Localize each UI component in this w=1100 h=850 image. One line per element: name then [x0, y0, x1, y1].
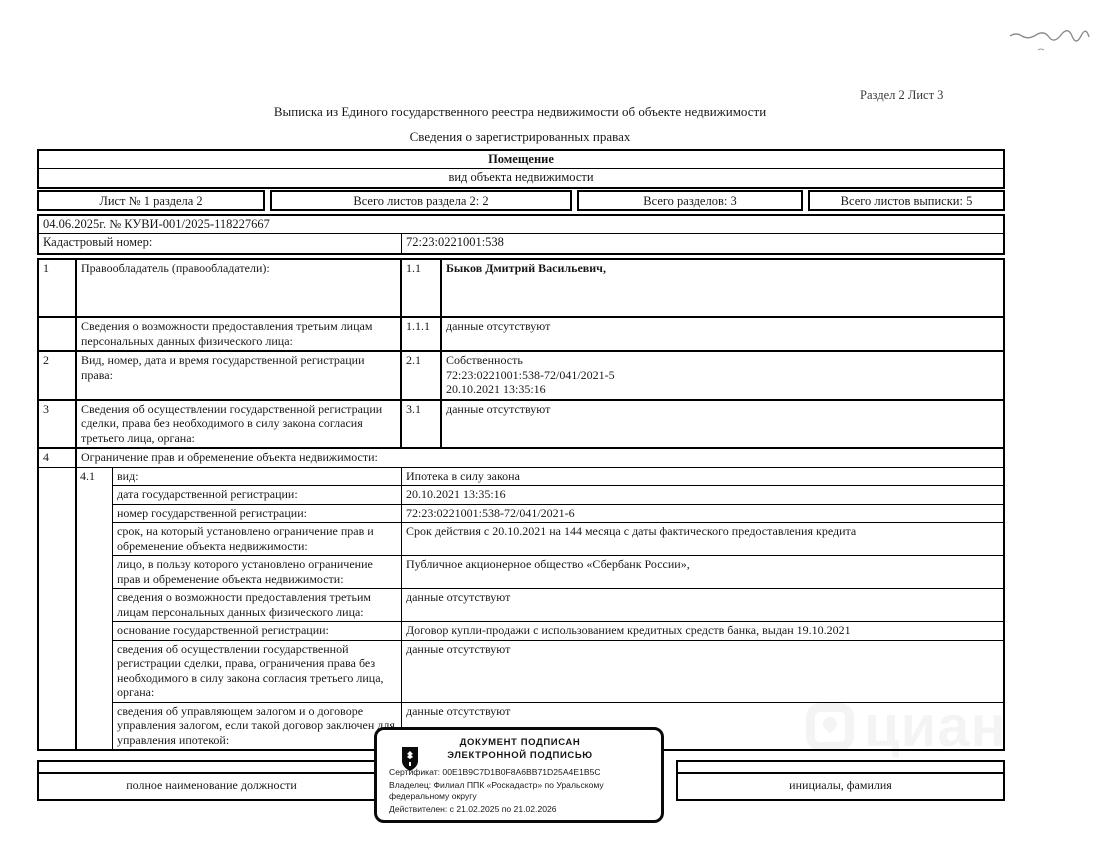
- row-number-spacer: [39, 468, 77, 750]
- row-number: 2: [39, 352, 77, 399]
- row-number: 1: [39, 260, 77, 316]
- signature-name-block: инициалы, фамилия: [676, 760, 1005, 801]
- row-label: Вид, номер, дата и время государственной…: [77, 352, 402, 399]
- registration-basis-value: Договор купли-продажи с использованием к…: [402, 622, 1003, 640]
- row-label: вид:: [113, 468, 402, 486]
- coat-of-arms-icon: [401, 746, 419, 777]
- row-label: номер государственной регистрации:: [113, 505, 402, 523]
- registration-details-value: Собственность 72:23:0221001:538-72/041/2…: [442, 352, 1003, 399]
- extract-sheets-total-cell: Всего листов выписки: 5: [808, 190, 1005, 211]
- stamp-certificate: Сертификат: 00E1B9C7D1B0F8A6BB71D25A4E1B…: [389, 767, 651, 779]
- stamp-title-line2: ЭЛЕКТРОННОЙ ПОДПИСЬЮ: [389, 749, 651, 762]
- row-number: [39, 318, 77, 350]
- row-label: сведения о возможности предоставления тр…: [113, 589, 402, 621]
- table-row: номер государственной регистрации: 72:23…: [113, 505, 1003, 524]
- row-value: Срок действия с 20.10.2021 на 144 месяца…: [402, 523, 1003, 555]
- row-subnumber: 3.1: [402, 401, 442, 448]
- restrictions-section-header: 4 Ограничение прав и обременение объекта…: [39, 449, 1003, 468]
- stamp-title-line1: ДОКУМЕНТ ПОДПИСАН: [389, 736, 651, 749]
- row-label: сведения об осуществлении государственно…: [113, 641, 402, 702]
- section-sheets-total-cell: Всего листов раздела 2: 2: [270, 190, 572, 211]
- digital-signature-stamp: ДОКУМЕНТ ПОДПИСАН ЭЛЕКТРОННОЙ ПОДПИСЬЮ С…: [374, 727, 664, 823]
- mortgagee-value: Публичное акционерное общество «Сбербанк…: [402, 556, 1003, 588]
- restrictions-section-body: 4.1 вид: Ипотека в силу закона дата госу…: [39, 468, 1003, 750]
- signature-line: [678, 762, 1003, 774]
- table-row: 3 Сведения об осуществлении государствен…: [39, 401, 1003, 450]
- object-type-value: Помещение: [39, 151, 1003, 169]
- document-number-table: 04.06.2025г. № КУВИ-001/2025-118227667 К…: [37, 214, 1005, 255]
- row-label: лицо, в пользу которого установлено огра…: [113, 556, 402, 588]
- section-sheet-note: Раздел 2 Лист 3: [860, 88, 943, 103]
- stamp-owner: Владелец: Филиал ППК «Роскадастр» по Ура…: [389, 780, 651, 803]
- pen-scribble-mark: [1008, 28, 1100, 63]
- row-number: 4: [39, 449, 77, 467]
- sheet-number-cell: Лист № 1 раздела 2: [37, 190, 265, 211]
- row-label: дата государственной регистрации:: [113, 486, 402, 504]
- row-value: 20.10.2021 13:35:16: [402, 486, 1003, 504]
- table-row: сведения о возможности предоставления тр…: [113, 589, 1003, 622]
- name-caption: инициалы, фамилия: [678, 774, 1003, 796]
- table-row: 2 Вид, номер, дата и время государственн…: [39, 352, 1003, 401]
- cadastral-number-row: Кадастровый номер: 72:23:0221001:538: [39, 234, 1003, 253]
- document-title: Выписка из Единого государственного реес…: [0, 104, 1040, 120]
- table-row: дата государственной регистрации: 20.10.…: [113, 486, 1003, 505]
- restriction-rows: вид: Ипотека в силу закона дата государс…: [113, 468, 1003, 750]
- row-label: Сведения об осуществлении государственно…: [77, 401, 402, 448]
- cadastral-number-label: Кадастровый номер:: [39, 234, 402, 253]
- rights-holder-value: Быков Дмитрий Васильевич,: [442, 260, 1003, 316]
- table-row: основание государственной регистрации: Д…: [113, 622, 1003, 641]
- table-row: вид: Ипотека в силу закона: [113, 468, 1003, 487]
- registered-rights-table: 1 Правообладатель (правообладатели): 1.1…: [37, 258, 1005, 751]
- table-row: лицо, в пользу которого установлено огра…: [113, 556, 1003, 589]
- position-caption: полное наименование должности: [39, 774, 384, 796]
- row-subnumber: 1.1.1: [402, 318, 442, 350]
- row-value: данные отсутствуют: [402, 641, 1003, 702]
- row-subnumber: 1.1: [402, 260, 442, 316]
- restriction-subnumber: 4.1: [77, 468, 113, 750]
- row-label: основание государственной регистрации:: [113, 622, 402, 640]
- sections-total-cell: Всего разделов: 3: [577, 190, 803, 211]
- scanned-egrn-extract-page: циан Раздел 2 Лист 3 Выписка из Единого …: [0, 0, 1100, 850]
- row-value: данные отсутствуют: [442, 401, 1003, 448]
- row-value: данные отсутствуют: [442, 318, 1003, 350]
- row-value: 72:23:0221001:538-72/041/2021-6: [402, 505, 1003, 523]
- row-number: 3: [39, 401, 77, 448]
- row-subnumber: 2.1: [402, 352, 442, 399]
- date-and-request-number: 04.06.2025г. № КУВИ-001/2025-118227667: [39, 216, 1003, 234]
- row-value: данные отсутствуют: [402, 589, 1003, 621]
- object-type-caption: вид объекта недвижимости: [39, 169, 1003, 187]
- table-row: 1 Правообладатель (правообладатели): 1.1…: [39, 260, 1003, 318]
- object-type-table: Помещение вид объекта недвижимости: [37, 149, 1005, 189]
- stamp-validity: Действителен: с 21.02.2025 по 21.02.2026: [389, 804, 651, 816]
- row-label: сведения об управляющем залогом и о дого…: [113, 703, 402, 750]
- table-row: сведения об осуществлении государственно…: [113, 641, 1003, 703]
- row-label: срок, на который установлено ограничение…: [113, 523, 402, 555]
- sheet-counters-row: Лист № 1 раздела 2 Всего листов раздела …: [37, 190, 1005, 211]
- row-label: Сведения о возможности предоставления тр…: [77, 318, 402, 350]
- row-label: Правообладатель (правообладатели):: [77, 260, 402, 316]
- document-subtitle: Сведения о зарегистрированных правах: [0, 129, 1040, 145]
- cadastral-number-value: 72:23:0221001:538: [402, 234, 1003, 253]
- table-row: срок, на который установлено ограничение…: [113, 523, 1003, 556]
- restrictions-section-label: Ограничение прав и обременение объекта н…: [77, 449, 1003, 467]
- table-row: Сведения о возможности предоставления тр…: [39, 318, 1003, 352]
- restriction-kind-value: Ипотека в силу закона: [402, 468, 1003, 486]
